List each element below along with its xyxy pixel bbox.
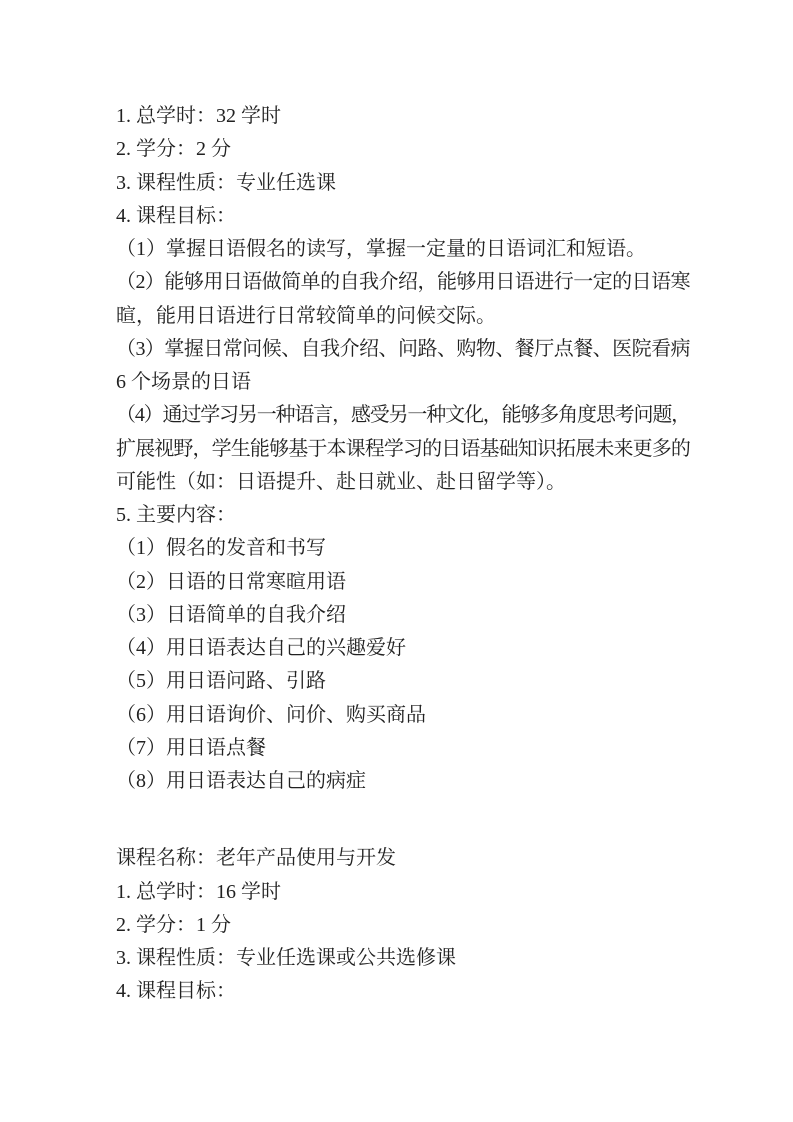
text-line: （2）日语的日常寒暄用语 xyxy=(116,566,690,599)
text-line-content: 2. 学分：1 分 xyxy=(116,914,231,936)
text-line-content: （2）能够用日语做简单的自我介绍，能够用日语进行一定的日语寒 xyxy=(116,271,690,293)
text-line: 暄，能用日语进行日常较简单的问候交际。 xyxy=(116,300,690,333)
text-line-content: 1. 总学时：32 学时 xyxy=(116,105,281,127)
text-line: 可能性（如：日语提升、赴日就业、赴日留学等）。 xyxy=(116,466,690,499)
text-line: 3. 课程性质：专业任选课 xyxy=(116,167,690,200)
text-line-content: （3）日语简单的自我介绍 xyxy=(116,604,346,626)
text-line-content: 6 个场景的日语 xyxy=(116,371,251,393)
text-line-content: （8）用日语表达自己的病症 xyxy=(116,770,366,792)
text-line: （3）掌握日常问候、自我介绍、问路、购物、餐厅点餐、医院看病 xyxy=(116,333,690,366)
text-line-content: 可能性（如：日语提升、赴日就业、赴日留学等）。 xyxy=(116,471,566,493)
text-line-content: （2）日语的日常寒暄用语 xyxy=(116,571,346,593)
text-line-content: 3. 课程性质：专业任选课 xyxy=(116,172,336,194)
text-line-content: 扩展视野，学生能够基于本课程学习的日语基础知识拓展未来更多的 xyxy=(116,438,690,460)
text-line: 4. 课程目标： xyxy=(116,200,690,233)
section-elderly-products-course: 课程名称：老年产品使用与开发1. 总学时：16 学时2. 学分：1 分3. 课程… xyxy=(116,842,690,1008)
text-line-content: 2. 学分：2 分 xyxy=(116,138,231,160)
text-line-content: （5）用日语问路、引路 xyxy=(116,670,326,692)
text-line-content: （1）掌握日语假名的读写，掌握一定量的日语词汇和短语。 xyxy=(116,238,646,260)
text-line: 课程名称：老年产品使用与开发 xyxy=(116,842,690,875)
text-line: （1）假名的发音和书写 xyxy=(116,532,690,565)
text-line: （1）掌握日语假名的读写，掌握一定量的日语词汇和短语。 xyxy=(116,233,690,266)
text-line: 3. 课程性质：专业任选课或公共选修课 xyxy=(116,942,690,975)
section-japanese-course: 1. 总学时：32 学时2. 学分：2 分3. 课程性质：专业任选课4. 课程目… xyxy=(116,100,690,798)
text-line: （4）通过学习另一种语言，感受另一种文化，能够多角度思考问题， xyxy=(116,399,690,432)
text-line: 2. 学分：2 分 xyxy=(116,133,690,166)
text-line: 5. 主要内容： xyxy=(116,499,690,532)
document-page: 1. 总学时：32 学时2. 学分：2 分3. 课程性质：专业任选课4. 课程目… xyxy=(0,0,793,1122)
document-content: 1. 总学时：32 学时2. 学分：2 分3. 课程性质：专业任选课4. 课程目… xyxy=(116,100,690,1009)
text-line: （5）用日语问路、引路 xyxy=(116,665,690,698)
text-line-content: 3. 课程性质：专业任选课或公共选修课 xyxy=(116,947,456,969)
text-line: （8）用日语表达自己的病症 xyxy=(116,765,690,798)
text-line: 4. 课程目标： xyxy=(116,975,690,1008)
text-line-content: （6）用日语询价、问价、购买商品 xyxy=(116,704,426,726)
text-line-content: （7）用日语点餐 xyxy=(116,737,266,759)
text-line-content: 1. 总学时：16 学时 xyxy=(116,881,281,903)
text-line: （3）日语简单的自我介绍 xyxy=(116,599,690,632)
text-line: 1. 总学时：16 学时 xyxy=(116,876,690,909)
text-line: 2. 学分：1 分 xyxy=(116,909,690,942)
text-line-content: 4. 课程目标： xyxy=(116,980,236,1002)
text-line-content: 4. 课程目标： xyxy=(116,205,236,227)
text-line: 扩展视野，学生能够基于本课程学习的日语基础知识拓展未来更多的 xyxy=(116,433,690,466)
text-line-content: 课程名称：老年产品使用与开发 xyxy=(116,847,396,869)
text-line-content: 暄，能用日语进行日常较简单的问候交际。 xyxy=(116,305,496,327)
text-line-content: （4）用日语表达自己的兴趣爱好 xyxy=(116,637,406,659)
text-line: 6 个场景的日语 xyxy=(116,366,690,399)
text-line: 1. 总学时：32 学时 xyxy=(116,100,690,133)
text-line-content: 5. 主要内容： xyxy=(116,504,236,526)
text-line-content: （1）假名的发音和书写 xyxy=(116,537,326,559)
text-line: （2）能够用日语做简单的自我介绍，能够用日语进行一定的日语寒 xyxy=(116,266,690,299)
text-line: （4）用日语表达自己的兴趣爱好 xyxy=(116,632,690,665)
text-line: （6）用日语询价、问价、购买商品 xyxy=(116,699,690,732)
text-line-content: （4）通过学习另一种语言，感受另一种文化，能够多角度思考问题， xyxy=(116,404,690,426)
text-line-content: （3）掌握日常问候、自我介绍、问路、购物、餐厅点餐、医院看病 xyxy=(116,338,690,360)
text-line: （7）用日语点餐 xyxy=(116,732,690,765)
